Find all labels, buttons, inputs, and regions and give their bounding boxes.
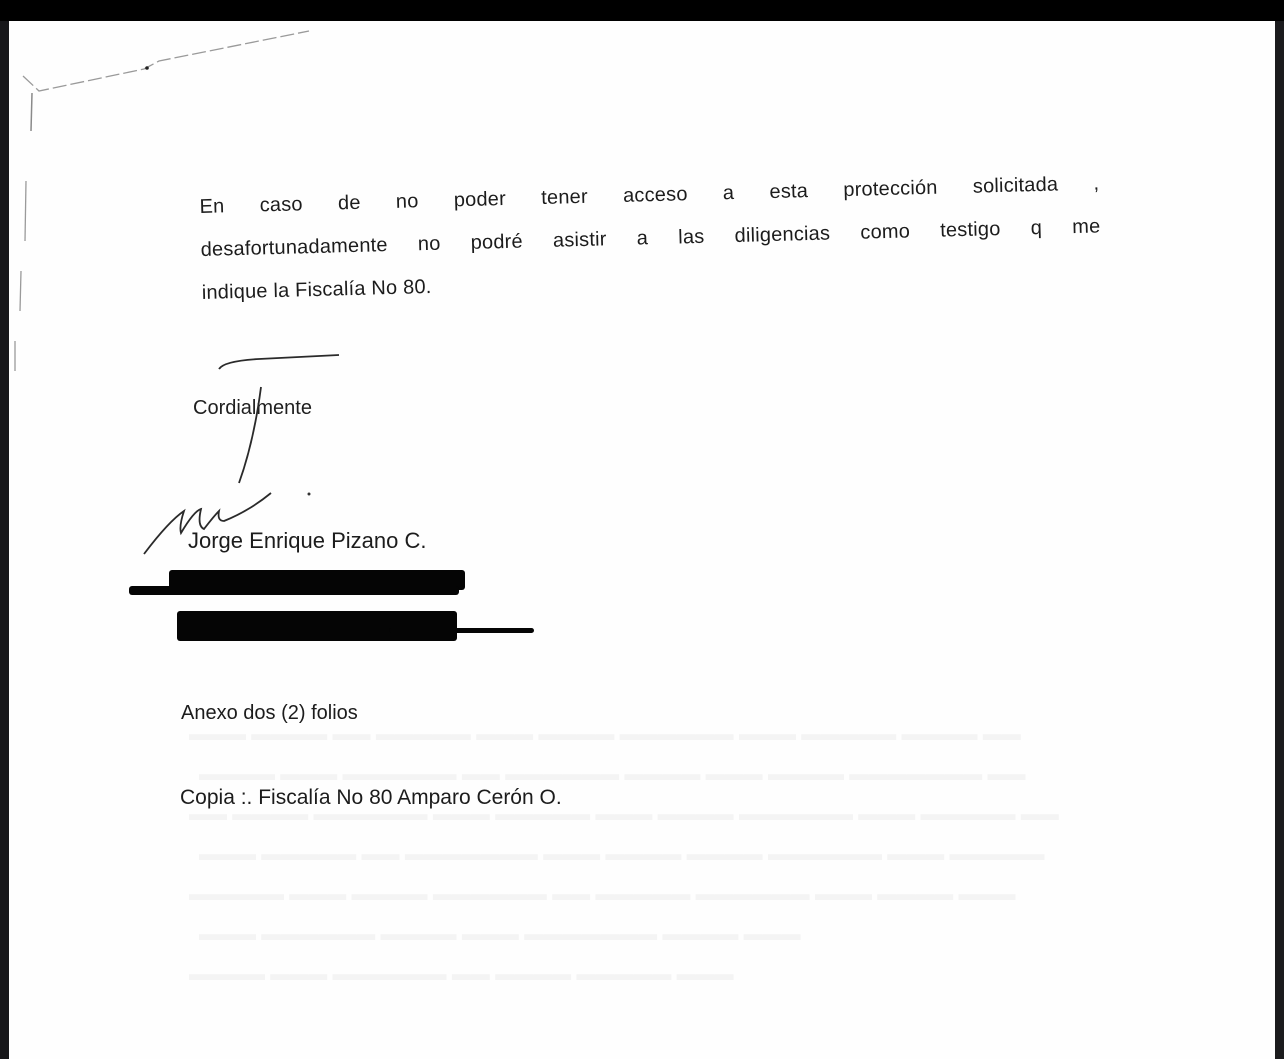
closing-salutation: Cordialmente (193, 397, 312, 420)
bleed-through-texture: ▬▬▬▬ ▬▬▬ ▬▬▬▬▬▬ ▬▬ ▬▬▬▬ ▬▬▬▬▬ ▬▬▬ (189, 961, 734, 988)
redaction-bar-id (129, 586, 459, 595)
annex-note: Anexo dos (2) folios (181, 702, 358, 725)
bleed-through-texture: ▬▬▬ ▬▬▬▬▬▬ ▬▬▬▬ ▬▬▬ ▬▬▬▬▬▬▬ ▬▬▬▬ ▬▬▬ (199, 921, 801, 948)
bleed-through-texture: ▬▬▬▬ ▬▬▬ ▬▬▬▬▬▬ ▬▬ ▬▬▬▬▬▬ ▬▬▬▬ ▬▬▬ ▬▬▬▬ … (199, 761, 1026, 788)
signer-name: Jorge Enrique Pizano C. (188, 528, 426, 554)
bleed-through-texture: ▬▬▬ ▬▬▬▬▬ ▬▬ ▬▬▬▬▬▬▬ ▬▬▬ ▬▬▬▬ ▬▬▬▬ ▬▬▬▬▬… (199, 841, 1045, 868)
copy-recipient: Copia :. Fiscalía No 80 Amparo Cerón O. (180, 786, 562, 810)
right-frame-edge (1275, 21, 1284, 1059)
redaction-bar-contact (389, 628, 534, 633)
bleed-through-texture: ▬▬▬ ▬▬▬▬ ▬▬ ▬▬▬▬▬ ▬▬▬ ▬▬▬▬ ▬▬▬▬▬▬ ▬▬▬ ▬▬… (189, 721, 1021, 748)
body-paragraph: En caso de no poder tener acceso a esta … (199, 162, 1102, 315)
redaction-bar-contact (177, 611, 457, 641)
left-frame-edge (0, 21, 9, 1059)
document-page: ▬▬▬ ▬▬▬▬ ▬▬ ▬▬▬▬▬ ▬▬▬ ▬▬▬▬ ▬▬▬▬▬▬ ▬▬▬ ▬▬… (9, 21, 1275, 1059)
top-black-bar (0, 0, 1284, 21)
bleed-through-texture: ▬▬▬▬▬ ▬▬▬ ▬▬▬▬ ▬▬▬▬▬▬ ▬▬ ▬▬▬▬▬ ▬▬▬▬▬▬ ▬▬… (189, 881, 1016, 908)
